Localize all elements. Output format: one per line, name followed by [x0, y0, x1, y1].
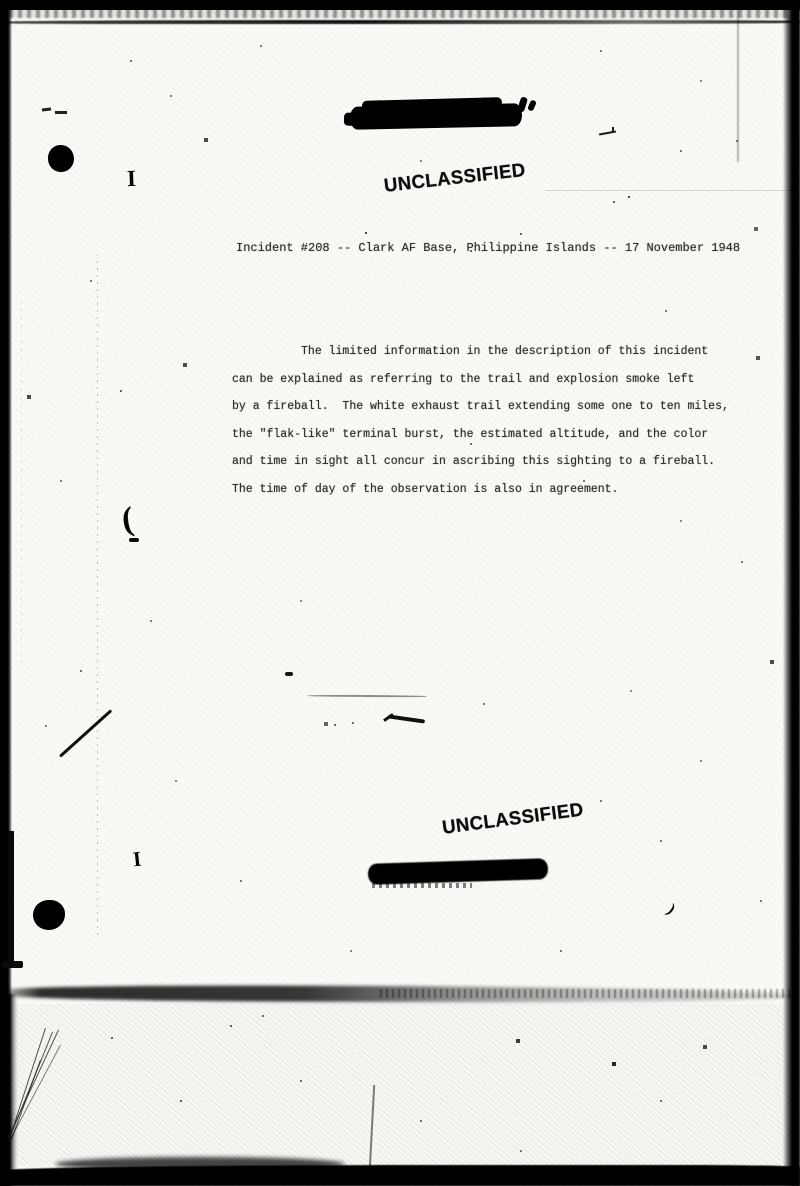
incident-paragraph: The limited information in the descripti…	[232, 283, 260, 503]
dotted-fold-line-b	[21, 298, 22, 663]
redaction-bar-top-horn	[517, 96, 528, 112]
unclassified-stamp-top: UNCLASSIFIED	[383, 160, 527, 198]
paragraph-line: The time of day of the observation is al…	[232, 476, 618, 504]
top-scan-line	[0, 20, 800, 24]
redaction-bar-bottom-speckles	[372, 883, 472, 888]
hole-punch-bottom	[33, 900, 65, 930]
bottom-grain-overlay	[0, 1004, 800, 1166]
top-left-dash-a	[42, 108, 51, 112]
paragraph-line: can be explained as referring to the tra…	[232, 366, 694, 394]
ink-mark-top: I	[127, 167, 137, 190]
paragraph-line: by a fireball. The white exhaust trail e…	[232, 393, 729, 421]
top-scan-noise-strip	[0, 9, 800, 18]
hole-punch-top	[48, 145, 74, 172]
scratch-mark	[14, 1028, 46, 1124]
redaction-bar-top-horn	[527, 99, 537, 111]
unclassified-stamp-bottom: UNCLASSIFIED	[441, 799, 585, 839]
scanned-document-page: I ( I ) UNCLASSIFIED UNCLASSIFIED Incide…	[0, 0, 800, 1186]
paragraph-line: the "flak-like" terminal burst, the esti…	[232, 421, 708, 449]
left-vertical-rule-foot	[2, 961, 23, 968]
ink-mark-bottom: I	[132, 849, 142, 871]
small-hook-mark-nub	[612, 127, 614, 133]
dotted-fold-line-a	[97, 253, 98, 935]
page-bottom-edge-speckles	[380, 989, 790, 998]
faint-horizontal-line	[545, 190, 795, 191]
ink-dash-below-paren	[129, 538, 139, 542]
redaction-bar-top-tail	[344, 113, 372, 127]
ink-mark-paren: (	[120, 502, 136, 537]
incident-heading: Incident #208 -- Clark AF Base, Philippi…	[236, 241, 740, 255]
small-dash-mark	[285, 672, 293, 676]
bottom-scan-border-smudge	[55, 1157, 345, 1171]
redaction-bar-bottom-body	[368, 858, 549, 885]
bottom-thin-scratch	[369, 1085, 375, 1169]
right-scan-border	[783, 0, 800, 1186]
top-left-dash-b	[55, 111, 67, 114]
thin-scratch-line	[307, 694, 427, 697]
left-vertical-rule-mark	[8, 831, 14, 967]
ink-mark-hook: )	[664, 902, 678, 918]
faint-vertical-fold-line	[737, 2, 739, 162]
paragraph-line: and time in sight all concur in ascribin…	[232, 448, 715, 476]
left-bottom-smudge	[0, 994, 17, 1186]
diagonal-pen-stroke	[59, 709, 112, 757]
paragraph-line: The limited information in the descripti…	[232, 338, 708, 366]
